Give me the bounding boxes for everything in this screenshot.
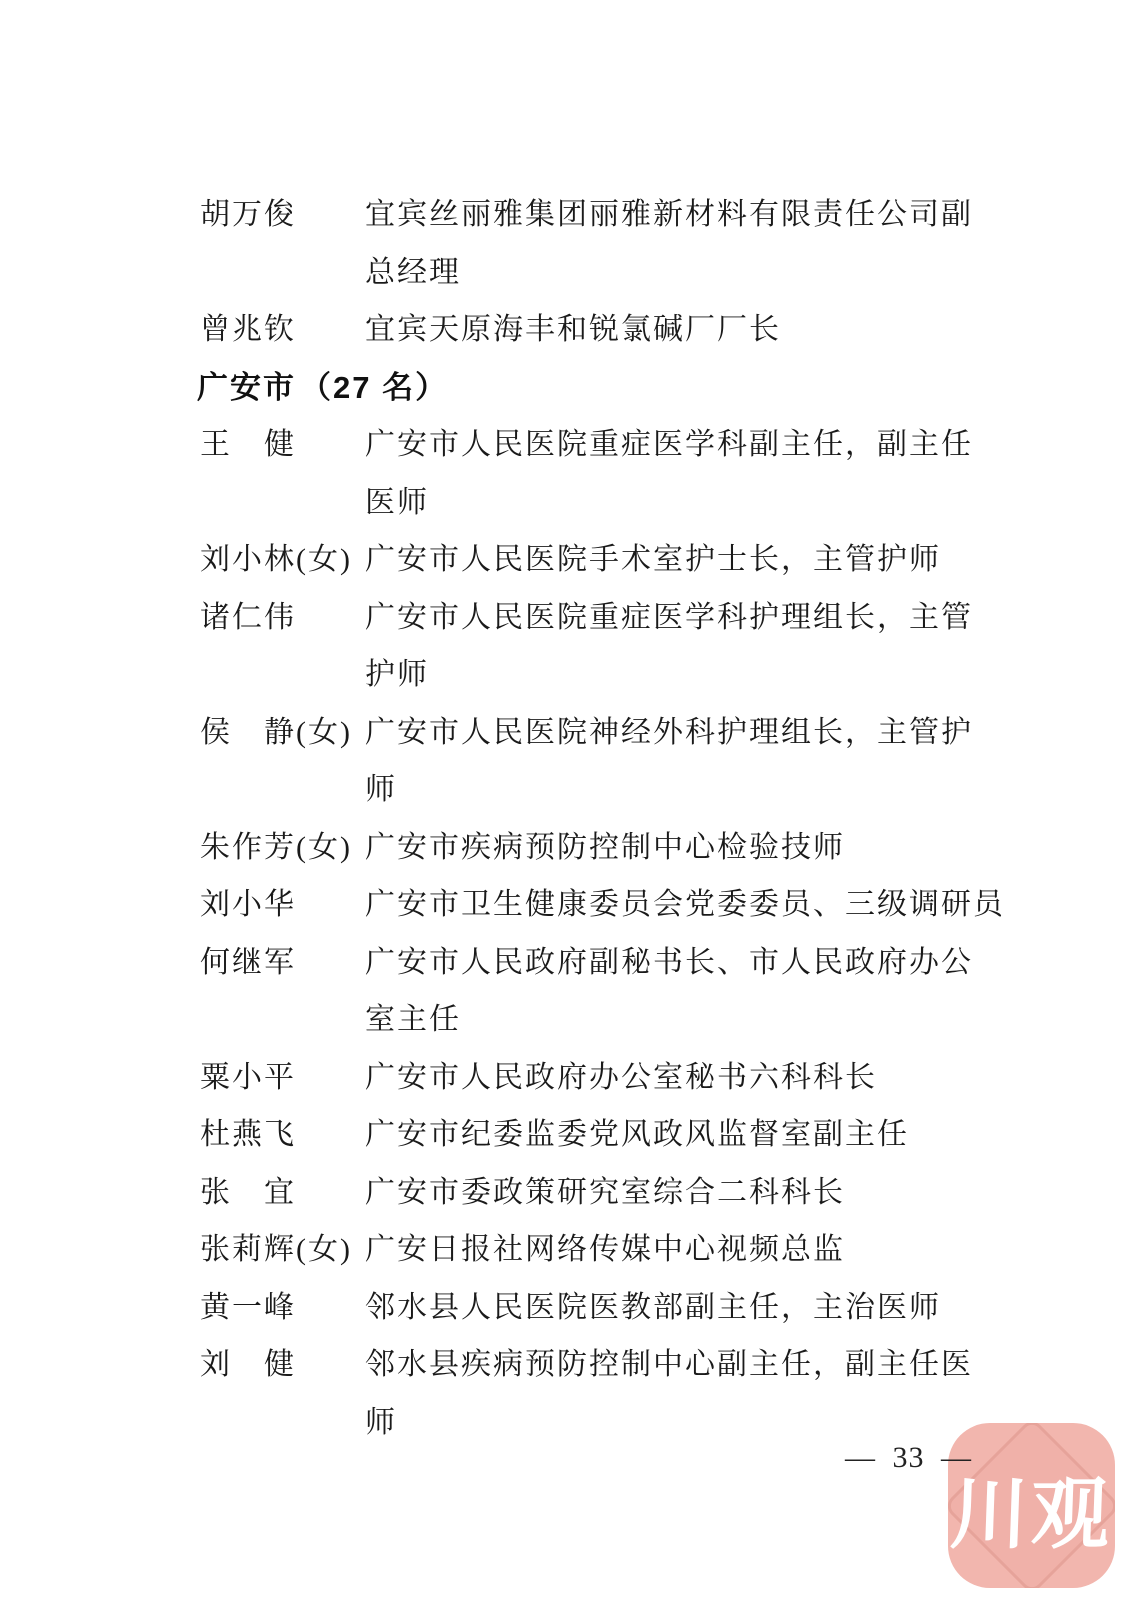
section-count: （27 名） [300, 370, 448, 405]
person-name: 张 宜 [200, 1164, 365, 1222]
person-title-line: 护师 [365, 646, 1065, 704]
person-title-line: 广安市委政策研究室综合二科科长 [365, 1164, 1065, 1222]
page-number: — 33 — [845, 1441, 972, 1475]
person-name: 粟小平 [200, 1049, 365, 1107]
person-title: 广安市纪委监委党风政风监督室副主任 [365, 1106, 1065, 1164]
person-title: 广安市人民医院重症医学科副主任，副主任医师 [365, 416, 1065, 531]
person-title: 广安市人民医院手术室护士长，主管护师 [365, 531, 1065, 589]
person-name: 何继军 [200, 934, 365, 992]
person-title-line: 广安市人民医院重症医学科护理组长，主管 [365, 589, 1065, 647]
roster-entry: 杜燕飞广安市纪委监委党风政风监督室副主任 [0, 1106, 1124, 1164]
person-title: 广安市卫生健康委员会党委委员、三级调研员 [365, 876, 1065, 934]
person-name: 刘 健 [200, 1336, 365, 1394]
person-title: 广安日报社网络传媒中心视频总监 [365, 1221, 1065, 1279]
person-name: 朱作芳(女) [200, 819, 365, 877]
roster: 胡万俊宜宾丝丽雅集团丽雅新材料有限责任公司副总经理曾兆钦宜宾天原海丰和锐氯碱厂厂… [0, 186, 1124, 1451]
person-name: 侯 静(女) [200, 704, 365, 762]
roster-entry: 何继军广安市人民政府副秘书长、市人民政府办公室主任 [0, 934, 1124, 1049]
person-title-line: 宜宾天原海丰和锐氯碱厂厂长 [365, 301, 1065, 359]
person-title-line: 广安市人民政府副秘书长、市人民政府办公 [365, 934, 1065, 992]
person-title-line: 广安市卫生健康委员会党委委员、三级调研员 [365, 876, 1065, 934]
person-title: 广安市人民医院重症医学科护理组长，主管护师 [365, 589, 1065, 704]
person-title: 广安市人民医院神经外科护理组长，主管护师 [365, 704, 1065, 819]
person-title-line: 广安市疾病预防控制中心检验技师 [365, 819, 1065, 877]
person-title-line: 师 [365, 761, 1065, 819]
person-name: 诸仁伟 [200, 589, 365, 647]
roster-entry: 王 健广安市人民医院重症医学科副主任，副主任医师 [0, 416, 1124, 531]
person-title-line: 广安市人民医院手术室护士长，主管护师 [365, 531, 1065, 589]
roster-entry: 曾兆钦宜宾天原海丰和锐氯碱厂厂长 [0, 301, 1124, 359]
person-name: 黄一峰 [200, 1279, 365, 1337]
person-title-line: 医师 [365, 474, 1065, 532]
person-name: 刘小林(女) [200, 531, 365, 589]
person-title: 广安市疾病预防控制中心检验技师 [365, 819, 1065, 877]
person-title-line: 广安市人民医院重症医学科副主任，副主任 [365, 416, 1065, 474]
person-title: 广安市人民政府副秘书长、市人民政府办公室主任 [365, 934, 1065, 1049]
person-title-line: 总经理 [365, 244, 1065, 302]
roster-entry: 诸仁伟广安市人民医院重症医学科护理组长，主管护师 [0, 589, 1124, 704]
person-name: 张莉辉(女) [200, 1221, 365, 1279]
roster-entry: 张 宜广安市委政策研究室综合二科科长 [0, 1164, 1124, 1222]
person-title-line: 室主任 [365, 991, 1065, 1049]
roster-entry: 朱作芳(女)广安市疾病预防控制中心检验技师 [0, 819, 1124, 877]
person-title: 邻水县人民医院医教部副主任，主治医师 [365, 1279, 1065, 1337]
roster-entry: 张莉辉(女)广安日报社网络传媒中心视频总监 [0, 1221, 1124, 1279]
person-name: 曾兆钦 [200, 301, 365, 359]
person-name: 胡万俊 [200, 186, 365, 244]
person-title: 广安市人民政府办公室秘书六科科长 [365, 1049, 1065, 1107]
person-title: 宜宾丝丽雅集团丽雅新材料有限责任公司副总经理 [365, 186, 1065, 301]
roster-entry: 粟小平广安市人民政府办公室秘书六科科长 [0, 1049, 1124, 1107]
person-name: 杜燕飞 [200, 1106, 365, 1164]
person-title-line: 广安市纪委监委党风政风监督室副主任 [365, 1106, 1065, 1164]
person-title-line: 广安市人民医院神经外科护理组长，主管护 [365, 704, 1065, 762]
person-title-line: 邻水县疾病预防控制中心副主任，副主任医 [365, 1336, 1065, 1394]
person-title-line: 邻水县人民医院医教部副主任，主治医师 [365, 1279, 1065, 1337]
person-title-line: 广安市人民政府办公室秘书六科科长 [365, 1049, 1065, 1107]
roster-entry: 侯 静(女)广安市人民医院神经外科护理组长，主管护师 [0, 704, 1124, 819]
watermark-text: 川观 [948, 1423, 1115, 1588]
person-title-line: 广安日报社网络传媒中心视频总监 [365, 1221, 1065, 1279]
roster-entry: 刘小林(女)广安市人民医院手术室护士长，主管护师 [0, 531, 1124, 589]
roster-entry: 黄一峰邻水县人民医院医教部副主任，主治医师 [0, 1279, 1124, 1337]
document-page: 胡万俊宜宾丝丽雅集团丽雅新材料有限责任公司副总经理曾兆钦宜宾天原海丰和锐氯碱厂厂… [0, 0, 1124, 1600]
person-name: 王 健 [200, 416, 365, 474]
person-title: 广安市委政策研究室综合二科科长 [365, 1164, 1065, 1222]
chuanguan-watermark-logo: 川观 [948, 1423, 1115, 1588]
person-name: 刘小华 [200, 876, 365, 934]
person-title-line: 宜宾丝丽雅集团丽雅新材料有限责任公司副 [365, 186, 1065, 244]
person-title: 宜宾天原海丰和锐氯碱厂厂长 [365, 301, 1065, 359]
section-city: 广安市 [197, 370, 296, 405]
roster-entry: 胡万俊宜宾丝丽雅集团丽雅新材料有限责任公司副总经理 [0, 186, 1124, 301]
section-header: 广安市（27 名） [0, 359, 1124, 417]
roster-entry: 刘小华广安市卫生健康委员会党委委员、三级调研员 [0, 876, 1124, 934]
